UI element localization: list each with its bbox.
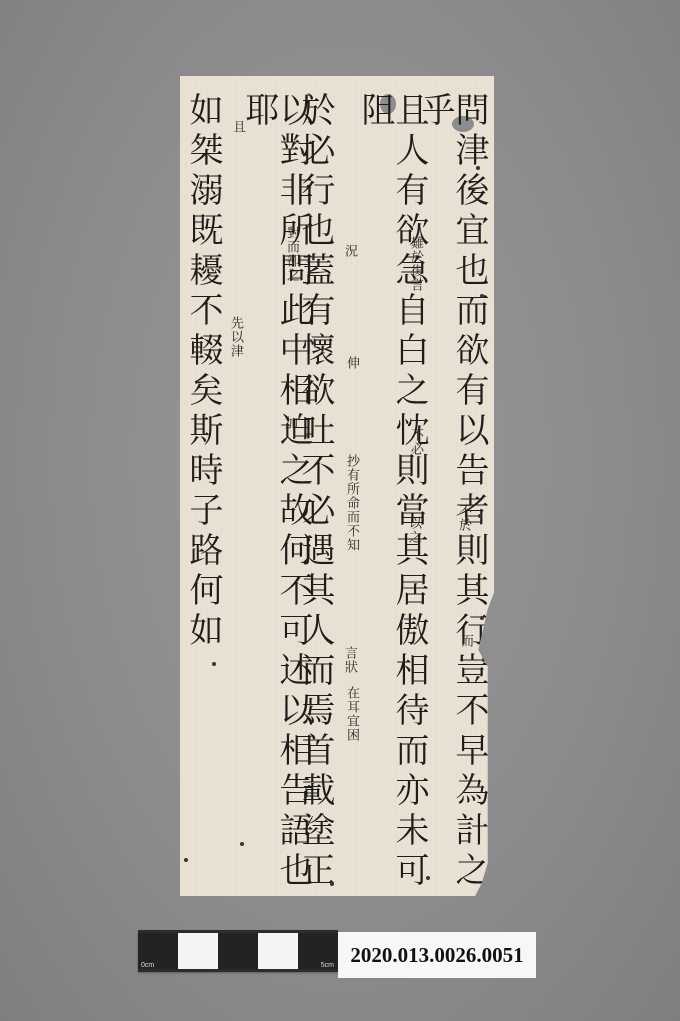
annotation: 且	[228, 120, 247, 134]
text-column-5: 如桀溺既耰不輟矣斯時子路何如	[186, 92, 220, 652]
annotation: 難於復言	[406, 236, 425, 292]
text-column-1: 問津後宜也而欲有以告者則其行豈不早為計之乎	[418, 92, 486, 896]
accession-number-label: 2020.013.0026.0051	[338, 932, 536, 978]
annotation: 先以津	[226, 316, 245, 358]
annotation: 對而卻之	[282, 226, 301, 282]
scale-bar: 0cm 5cm	[138, 930, 338, 972]
scale-segment	[258, 933, 298, 969]
ink-dot	[212, 662, 216, 666]
ink-dot	[476, 582, 480, 586]
annotation: 不於	[454, 504, 473, 532]
annotation: 言狀	[340, 646, 359, 674]
ink-dot	[478, 514, 482, 518]
annotation: 在耳宜困	[342, 686, 361, 742]
text-column-4: 以對非所問此中相迫之故何不可述以相告語也耶	[242, 92, 310, 896]
scale-segment	[218, 933, 258, 969]
annotation: 以之	[404, 516, 423, 544]
annotation: 況	[340, 244, 359, 258]
ink-dot	[240, 842, 244, 846]
annotation: 加	[280, 416, 299, 430]
paper-hole	[380, 94, 396, 114]
ink-dot	[330, 882, 334, 886]
text-column-3: 於必行也蓋有懷欲吐不必遇其人而焉首載塗正	[298, 92, 332, 892]
annotation: 不必	[406, 428, 425, 456]
scale-label-start: 0cm	[141, 962, 154, 969]
annotation: 伸	[342, 356, 361, 370]
ink-dot	[426, 876, 430, 880]
ink-dot	[480, 616, 484, 620]
scale-label-end: 5cm	[321, 962, 334, 969]
ink-dot	[480, 294, 484, 298]
text-column-2: 且人有欲急自白之忱則當其居傲相待而亦未可阻	[358, 92, 426, 896]
ink-dot	[476, 166, 480, 170]
ink-dot	[184, 858, 188, 862]
manuscript-page: 問津後宜也而欲有以告者則其行豈不早為計之乎 且人有欲急自白之忱則當其居傲相待而亦…	[180, 76, 494, 896]
scale-segment	[178, 933, 218, 969]
annotation: 而	[456, 634, 475, 648]
annotation: 抄有所命而不知	[342, 454, 361, 552]
paper-hole	[452, 116, 474, 132]
